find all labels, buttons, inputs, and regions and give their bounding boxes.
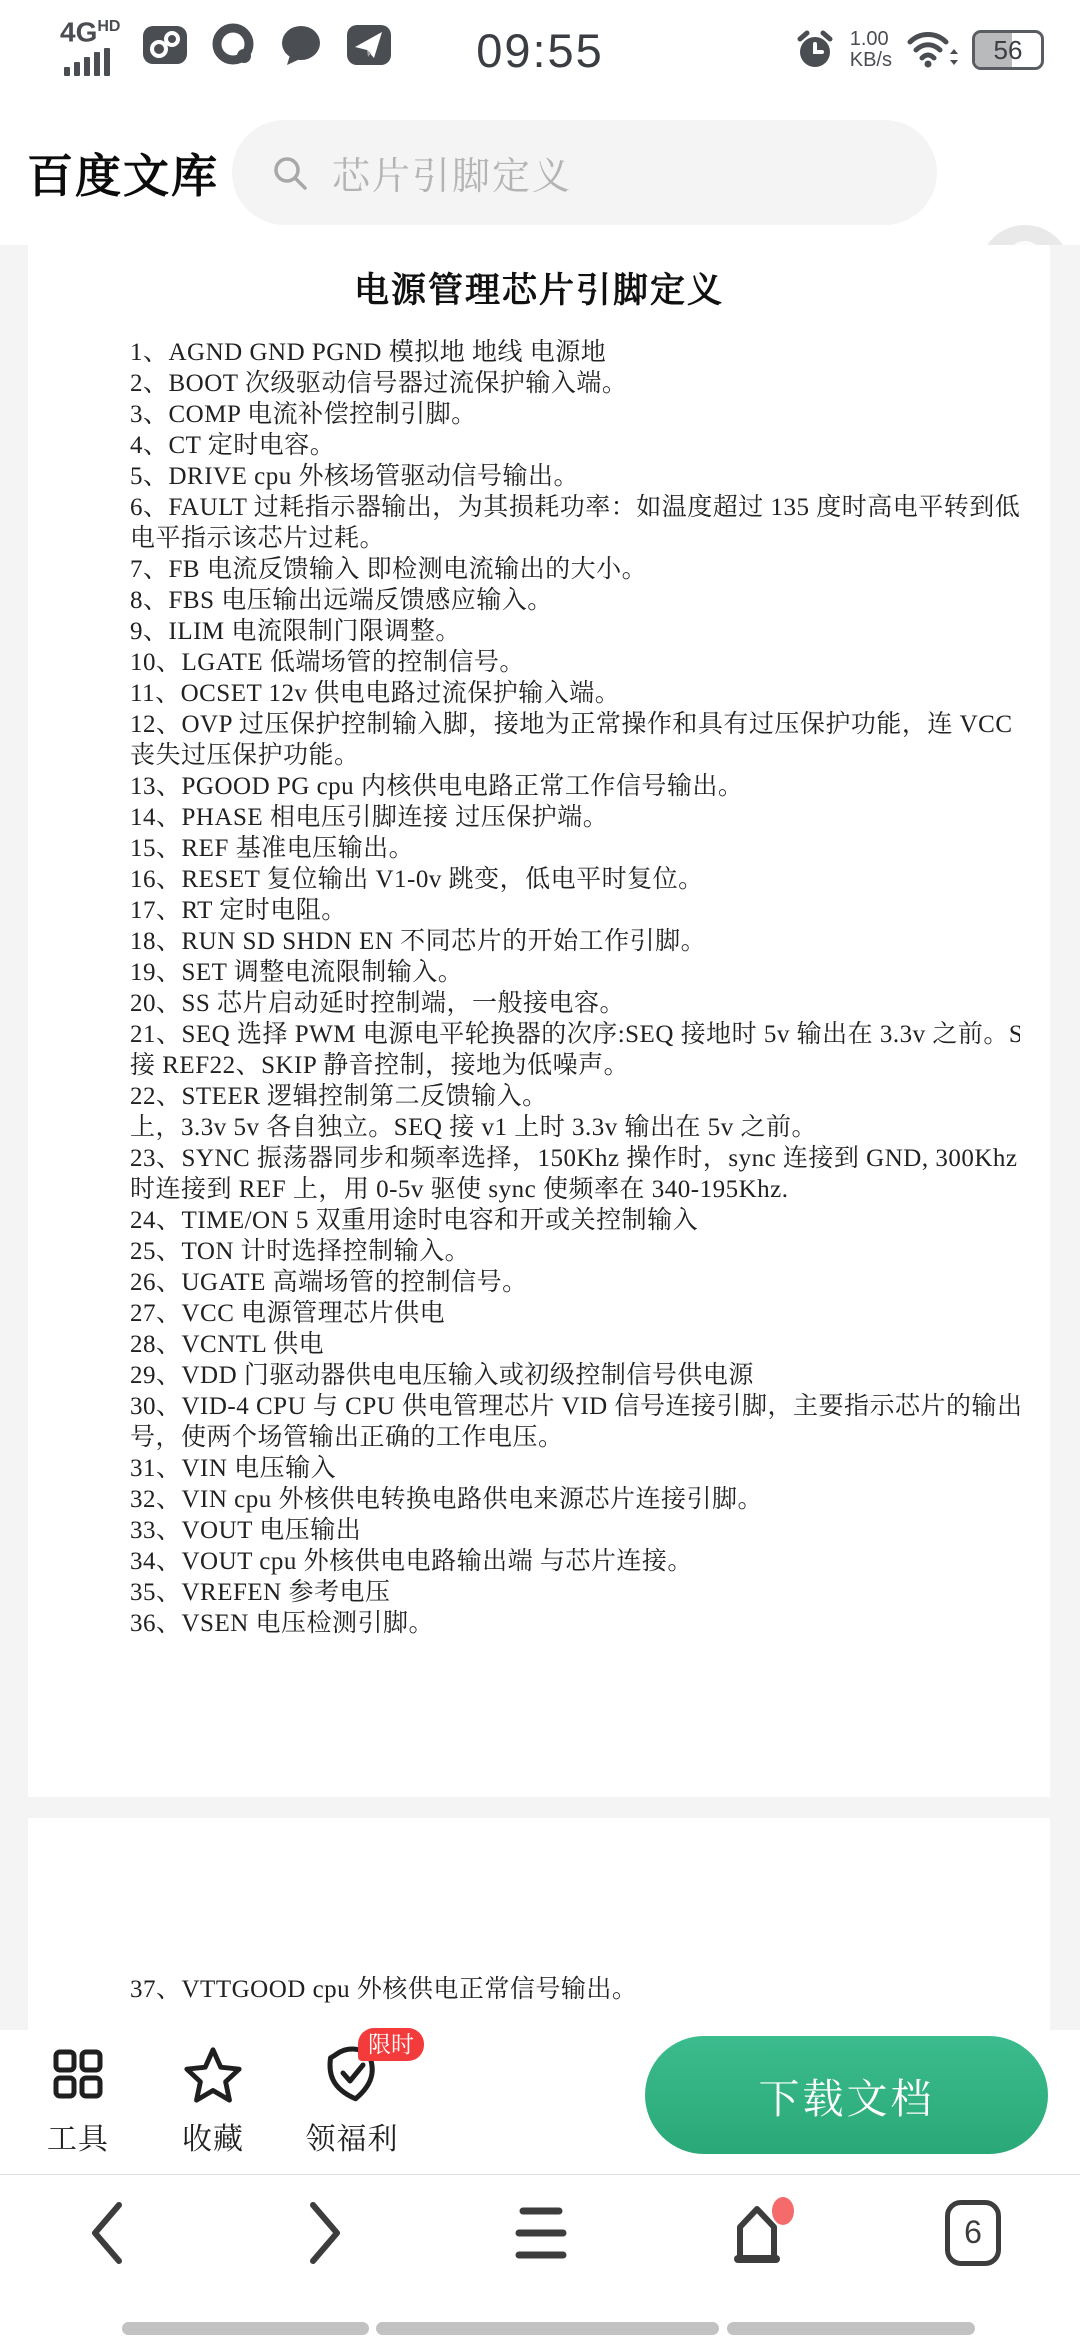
app-header: 百度文库 芯片引脚定义 (0, 100, 1080, 245)
document-line: 16、RESET 复位输出 V1-0v 跳变，低电平时复位。 (130, 864, 1020, 895)
home-notification-dot (772, 2197, 794, 2225)
home-button[interactable] (702, 2175, 812, 2290)
document-line: 22、STEER 逻辑控制第二反馈输入。 (130, 1081, 1020, 1112)
tabs-button[interactable]: 6 (918, 2175, 1028, 2290)
menu-icon (512, 2203, 570, 2263)
document-line: 电平指示该芯片过耗。 (130, 523, 1020, 554)
document-line: 26、UGATE 高端场管的控制信号。 (130, 1267, 1020, 1298)
document-line: 9、ILIM 电流限制门限调整。 (130, 616, 1020, 647)
document-line: 7、FB 电流反馈输入 即检测电流输出的大小。 (130, 554, 1020, 585)
document-line: 号，使两个场管输出正确的工作电压。 (130, 1422, 1020, 1453)
document-line: 18、RUN SD SHDN EN 不同芯片的开始工作引脚。 (130, 926, 1020, 957)
document-line: 10、LGATE 低端场管的控制信号。 (130, 647, 1020, 678)
document-line: 27、VCC 电源管理芯片供电 (130, 1298, 1020, 1329)
bottom-toolbar: 工具 收藏 限时 领福利 下载文档 (0, 2030, 1080, 2175)
search-placeholder: 芯片引脚定义 (332, 145, 572, 200)
document-line: 23、SYNC 振荡器同步和频率选择，150Khz 操作时，sync 连接到 G… (130, 1143, 1020, 1174)
document-line: 11、OCSET 12v 供电电路过流保护输入端。 (130, 678, 1020, 709)
document-page1-text: 1、AGND GND PGND 模拟地 地线 电源地2、BOOT 次级驱动信号器… (28, 337, 1050, 1639)
network-speed: 1.00 KB/s (850, 29, 892, 71)
status-bar: 4GHD 09:5 (0, 0, 1080, 100)
document-line: 14、PHASE 相电压引脚连接 过压保护端。 (130, 802, 1020, 833)
tab-count: 6 (964, 2214, 982, 2251)
grid-icon (49, 2045, 107, 2103)
document-line: 4、CT 定时电容。 (130, 430, 1020, 461)
document-line: 34、VOUT cpu 外核供电电路输出端 与芯片连接。 (130, 1546, 1020, 1577)
document-line: 25、TON 计时选择控制输入。 (130, 1236, 1020, 1267)
download-document-button[interactable]: 下载文档 (645, 2036, 1048, 2154)
document-page2-text: 37、VTTGOOD cpu 外核供电正常信号输出。 (28, 1974, 1050, 2005)
menu-button[interactable] (486, 2175, 596, 2290)
document-line: 20、SS 芯片启动延时控制端，一般接电容。 (130, 988, 1020, 1019)
tools-button[interactable]: 工具 (8, 2042, 148, 2158)
star-icon (181, 2043, 245, 2105)
document-line: 丧失过压保护功能。 (130, 740, 1020, 771)
document-line: 上，3.3v 5v 各自独立。SEQ 接 v1 上时 3.3v 输出在 5v 之… (130, 1112, 1020, 1143)
document-title: 电源管理芯片引脚定义 (28, 263, 1050, 313)
brand-logo: 百度文库 (27, 100, 219, 245)
phone-screen: 4GHD 09:5 (0, 0, 1080, 2340)
strip-segment (376, 2322, 719, 2335)
battery-percent: 56 (975, 33, 1041, 67)
document-line: 2、BOOT 次级驱动信号器过流保护输入端。 (130, 368, 1020, 399)
favorite-button[interactable]: 收藏 (143, 2042, 283, 2158)
browser-navbar: 6 (0, 2175, 1080, 2290)
document-line: 接 REF22、SKIP 静音控制，接地为低噪声。 (130, 1050, 1020, 1081)
document-line: 37、VTTGOOD cpu 外核供电正常信号输出。 (130, 1974, 1020, 2005)
document-line: 5、DRIVE cpu 外核场管驱动信号输出。 (130, 461, 1020, 492)
tab-counter-icon: 6 (945, 2200, 1001, 2266)
document-line: 13、PGOOD PG cpu 内核供电电路正常工作信号输出。 (130, 771, 1020, 802)
bottom-strip (0, 2290, 1080, 2340)
strip-segment (727, 2322, 975, 2335)
alarm-clock-icon (794, 29, 836, 71)
document-line: 3、COMP 电流补偿控制引脚。 (130, 399, 1020, 430)
chevron-left-icon (87, 2200, 127, 2266)
document-line: 17、RT 定时电阻。 (130, 895, 1020, 926)
document-line: 36、VSEN 电压检测引脚。 (130, 1608, 1020, 1639)
search-input[interactable]: 芯片引脚定义 (232, 120, 937, 225)
document-line: 24、TIME/ON 5 双重用途时电容和开或关控制输入 (130, 1205, 1020, 1236)
strip-segment (122, 2322, 369, 2335)
claim-benefits-button[interactable]: 限时 领福利 (282, 2042, 422, 2158)
document-line: 32、VIN cpu 外核供电转换电路供电来源芯片连接引脚。 (130, 1484, 1020, 1515)
search-icon (270, 153, 310, 193)
document-line: 29、VDD 门驱动器供电电压输入或初级控制信号供电源 (130, 1360, 1020, 1391)
document-line: 6、FAULT 过耗指示器输出，为其损耗功率：如温度超过 135 度时高电平转到… (130, 492, 1020, 523)
chevron-right-icon (305, 2200, 345, 2266)
document-line: 19、SET 调整电流限制输入。 (130, 957, 1020, 988)
wifi-icon (906, 28, 958, 72)
document-line: 12、OVP 过压保护控制输入脚，接地为正常操作和具有过压保护功能，连 VCC (130, 709, 1020, 740)
document-line: 28、VCNTL 供电 (130, 1329, 1020, 1360)
document-line: 15、REF 基准电压输出。 (130, 833, 1020, 864)
document-line: 8、FBS 电压输出远端反馈感应输入。 (130, 585, 1020, 616)
document-line: 时连接到 REF 上，用 0-5v 驱使 sync 使频率在 340-195Kh… (130, 1174, 1020, 1205)
forward-button[interactable] (270, 2175, 380, 2290)
document-page-2: 37、VTTGOOD cpu 外核供电正常信号输出。 (28, 1818, 1050, 2030)
document-line: 31、VIN 电压输入 (130, 1453, 1020, 1484)
document-line: 1、AGND GND PGND 模拟地 地线 电源地 (130, 337, 1020, 368)
document-page-1: 电源管理芯片引脚定义 1、AGND GND PGND 模拟地 地线 电源地2、B… (28, 245, 1050, 1797)
document-line: 21、SEQ 选择 PWM 电源电平轮换器的次序:SEQ 接地时 5v 输出在 … (130, 1019, 1020, 1050)
battery-icon: 56 (972, 30, 1038, 70)
document-line: 33、VOUT 电压输出 (130, 1515, 1020, 1546)
document-line: 30、VID-4 CPU 与 CPU 供电管理芯片 VID 信号连接引脚，主要指… (130, 1391, 1020, 1422)
limited-time-badge: 限时 (358, 2028, 424, 2061)
document-line: 35、VREFEN 参考电压 (130, 1577, 1020, 1608)
back-button[interactable] (52, 2175, 162, 2290)
document-viewer[interactable]: 电源管理芯片引脚定义 1、AGND GND PGND 模拟地 地线 电源地2、B… (0, 245, 1080, 2030)
